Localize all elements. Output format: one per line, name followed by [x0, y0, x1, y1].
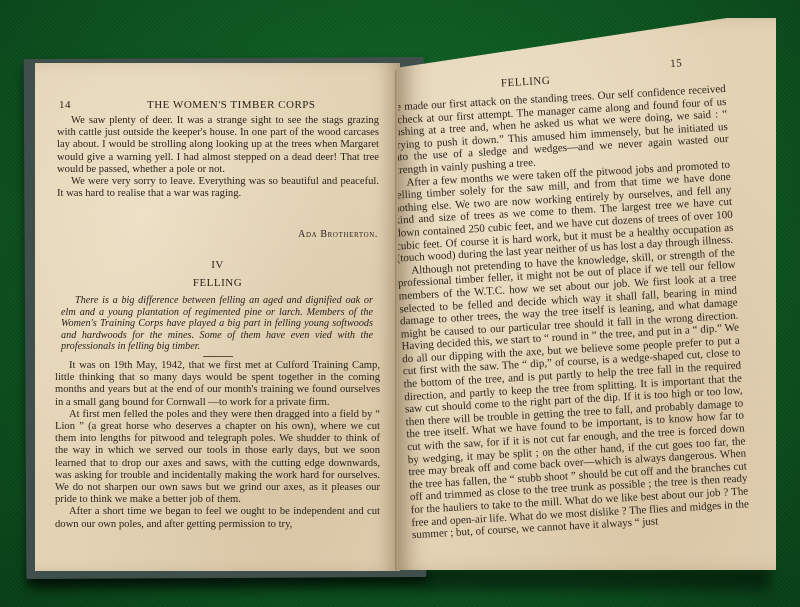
left-intro-text: We saw plenty of deer. It was a strange …	[57, 115, 379, 200]
right-page-content: 15 FELLING we made our first attack on t…	[367, 0, 775, 570]
right-body-text: we made our first attack on the standing…	[388, 83, 750, 542]
paragraph: It was on 19th May, 1942, that we first …	[55, 360, 380, 409]
left-page-number: 14	[59, 99, 71, 111]
paragraph: Although not pretending to have the know…	[397, 246, 750, 541]
paragraph: After a short time we began to feel we o…	[55, 506, 380, 530]
left-page: 14 THE WOMEN'S TIMBER CORPS We saw plent…	[35, 63, 400, 571]
paragraph: We were very sorry to leave. Everything …	[57, 176, 379, 200]
right-page: 15 FELLING we made our first attack on t…	[398, 18, 776, 570]
author-signature: Ada Brotherton.	[298, 229, 378, 240]
paragraph: At first men felled the poles and they w…	[55, 409, 380, 507]
left-body-text: It was on 19th May, 1942, that we first …	[55, 360, 380, 531]
chapter-epigraph: There is a big difference between fellin…	[61, 295, 373, 353]
paragraph: We saw plenty of deer. It was a strange …	[57, 115, 379, 176]
left-running-head: THE WOMEN'S TIMBER CORPS	[147, 99, 316, 111]
right-page-number: 15	[670, 57, 683, 70]
section-rule	[203, 356, 233, 357]
right-running-head: FELLING	[501, 75, 551, 90]
chapter-title: FELLING	[35, 277, 400, 289]
chapter-number: IV	[35, 259, 400, 271]
